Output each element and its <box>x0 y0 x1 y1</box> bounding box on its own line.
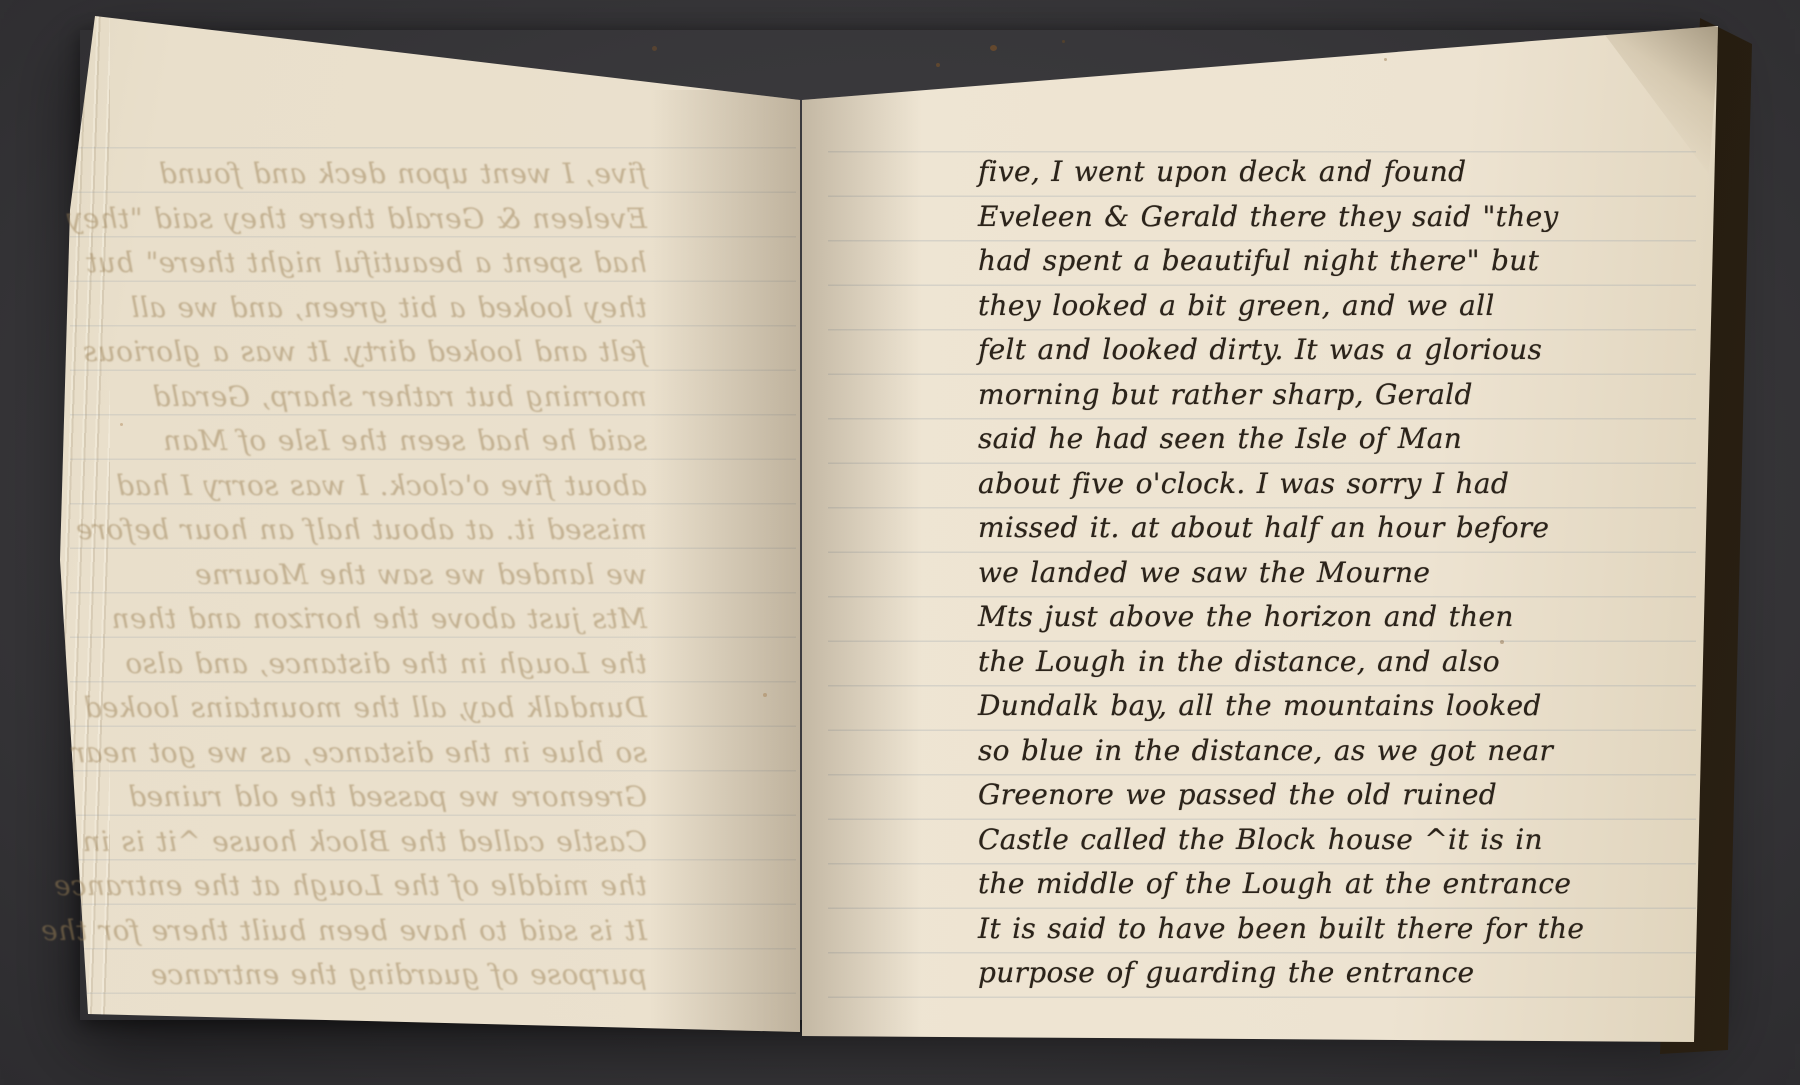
handwriting-line: Eveleen & Gerald there they said "they <box>978 195 1578 240</box>
handwriting-line: the Lough in the distance, and also <box>55 642 647 687</box>
handwriting-line: felt and looked dirty. It was a glorious <box>978 328 1578 373</box>
handwriting-line: about five o'clock. I was sorry I had <box>55 464 647 509</box>
handwriting-line: we landed we saw the Mourne <box>978 551 1578 596</box>
handwriting-line: the Lough in the distance, and also <box>978 640 1578 685</box>
foxing-speck <box>652 46 657 51</box>
handwriting-line: Greenore we passed the old ruined <box>55 775 647 820</box>
handwriting-line: morning but rather sharp, Gerald <box>55 375 647 420</box>
handwriting-line: felt and looked dirty. It was a glorious <box>55 330 647 375</box>
handwriting-line: Dundalk bay, all the mountains looked <box>55 686 647 731</box>
handwriting-line: had spent a beautiful night there" but <box>978 239 1578 284</box>
handwriting-line: Greenore we passed the old ruined <box>978 773 1578 818</box>
handwriting-line: Castle called the Block house ^it is in <box>978 818 1578 863</box>
handwriting-line: so blue in the distance, as we got near <box>978 729 1578 774</box>
handwriting-line: said he had seen the Isle of Man <box>55 419 647 464</box>
handwriting-line: purpose of guarding the entrance <box>55 953 647 998</box>
handwriting-line: the middle of the Lough at the entrance <box>55 864 647 909</box>
handwriting-line: Mts just above the horizon and then <box>55 597 647 642</box>
foxing-speck <box>1062 40 1065 43</box>
handwriting-line: morning but rather sharp, Gerald <box>978 373 1578 418</box>
handwriting-line: purpose of guarding the entrance <box>978 951 1578 996</box>
handwriting-line: five, I went upon deck and found <box>978 150 1578 195</box>
handwriting-line: the middle of the Lough at the entrance <box>978 862 1578 907</box>
handwriting-line: they looked a bit green, and we all <box>55 286 647 331</box>
handwriting-line: Mts just above the horizon and then <box>978 595 1578 640</box>
foxing-speck <box>763 693 767 697</box>
handwriting-line: we landed we saw the Mourne <box>55 553 647 598</box>
handwriting-line: Dundalk bay, all the mountains looked <box>978 684 1578 729</box>
foxing-speck <box>990 45 997 51</box>
handwriting-line: about five o'clock. I was sorry I had <box>978 462 1578 507</box>
handwriting-line: so blue in the distance, as we got near <box>55 731 647 776</box>
handwriting-line: said he had seen the Isle of Man <box>978 417 1578 462</box>
handwriting-line: they looked a bit green, and we all <box>978 284 1578 329</box>
handwriting-line: It is said to have been built there for … <box>978 907 1578 952</box>
gutter-shadow <box>650 90 800 1040</box>
handwriting-line: Castle called the Block house ^it is in <box>55 820 647 865</box>
foxing-speck <box>1384 58 1387 61</box>
handwriting-line: Eveleen & Gerald there they said "they <box>55 197 647 242</box>
diary-entry-text: five, I went upon deck and found Eveleen… <box>978 150 1578 996</box>
handwriting-line: five, I went upon deck and found <box>55 152 647 197</box>
handwriting-line: missed it. at about half an hour before <box>978 506 1578 551</box>
handwriting-line: had spent a beautiful night there" but <box>55 241 647 286</box>
foxing-speck <box>936 63 940 67</box>
handwriting-line: It is said to have been built there for … <box>55 909 647 954</box>
handwriting-line: missed it. at about half an hour before <box>55 508 647 553</box>
show-through-text: five, I went upon deck and found Eveleen… <box>55 152 647 998</box>
gutter-shadow <box>802 90 922 1040</box>
